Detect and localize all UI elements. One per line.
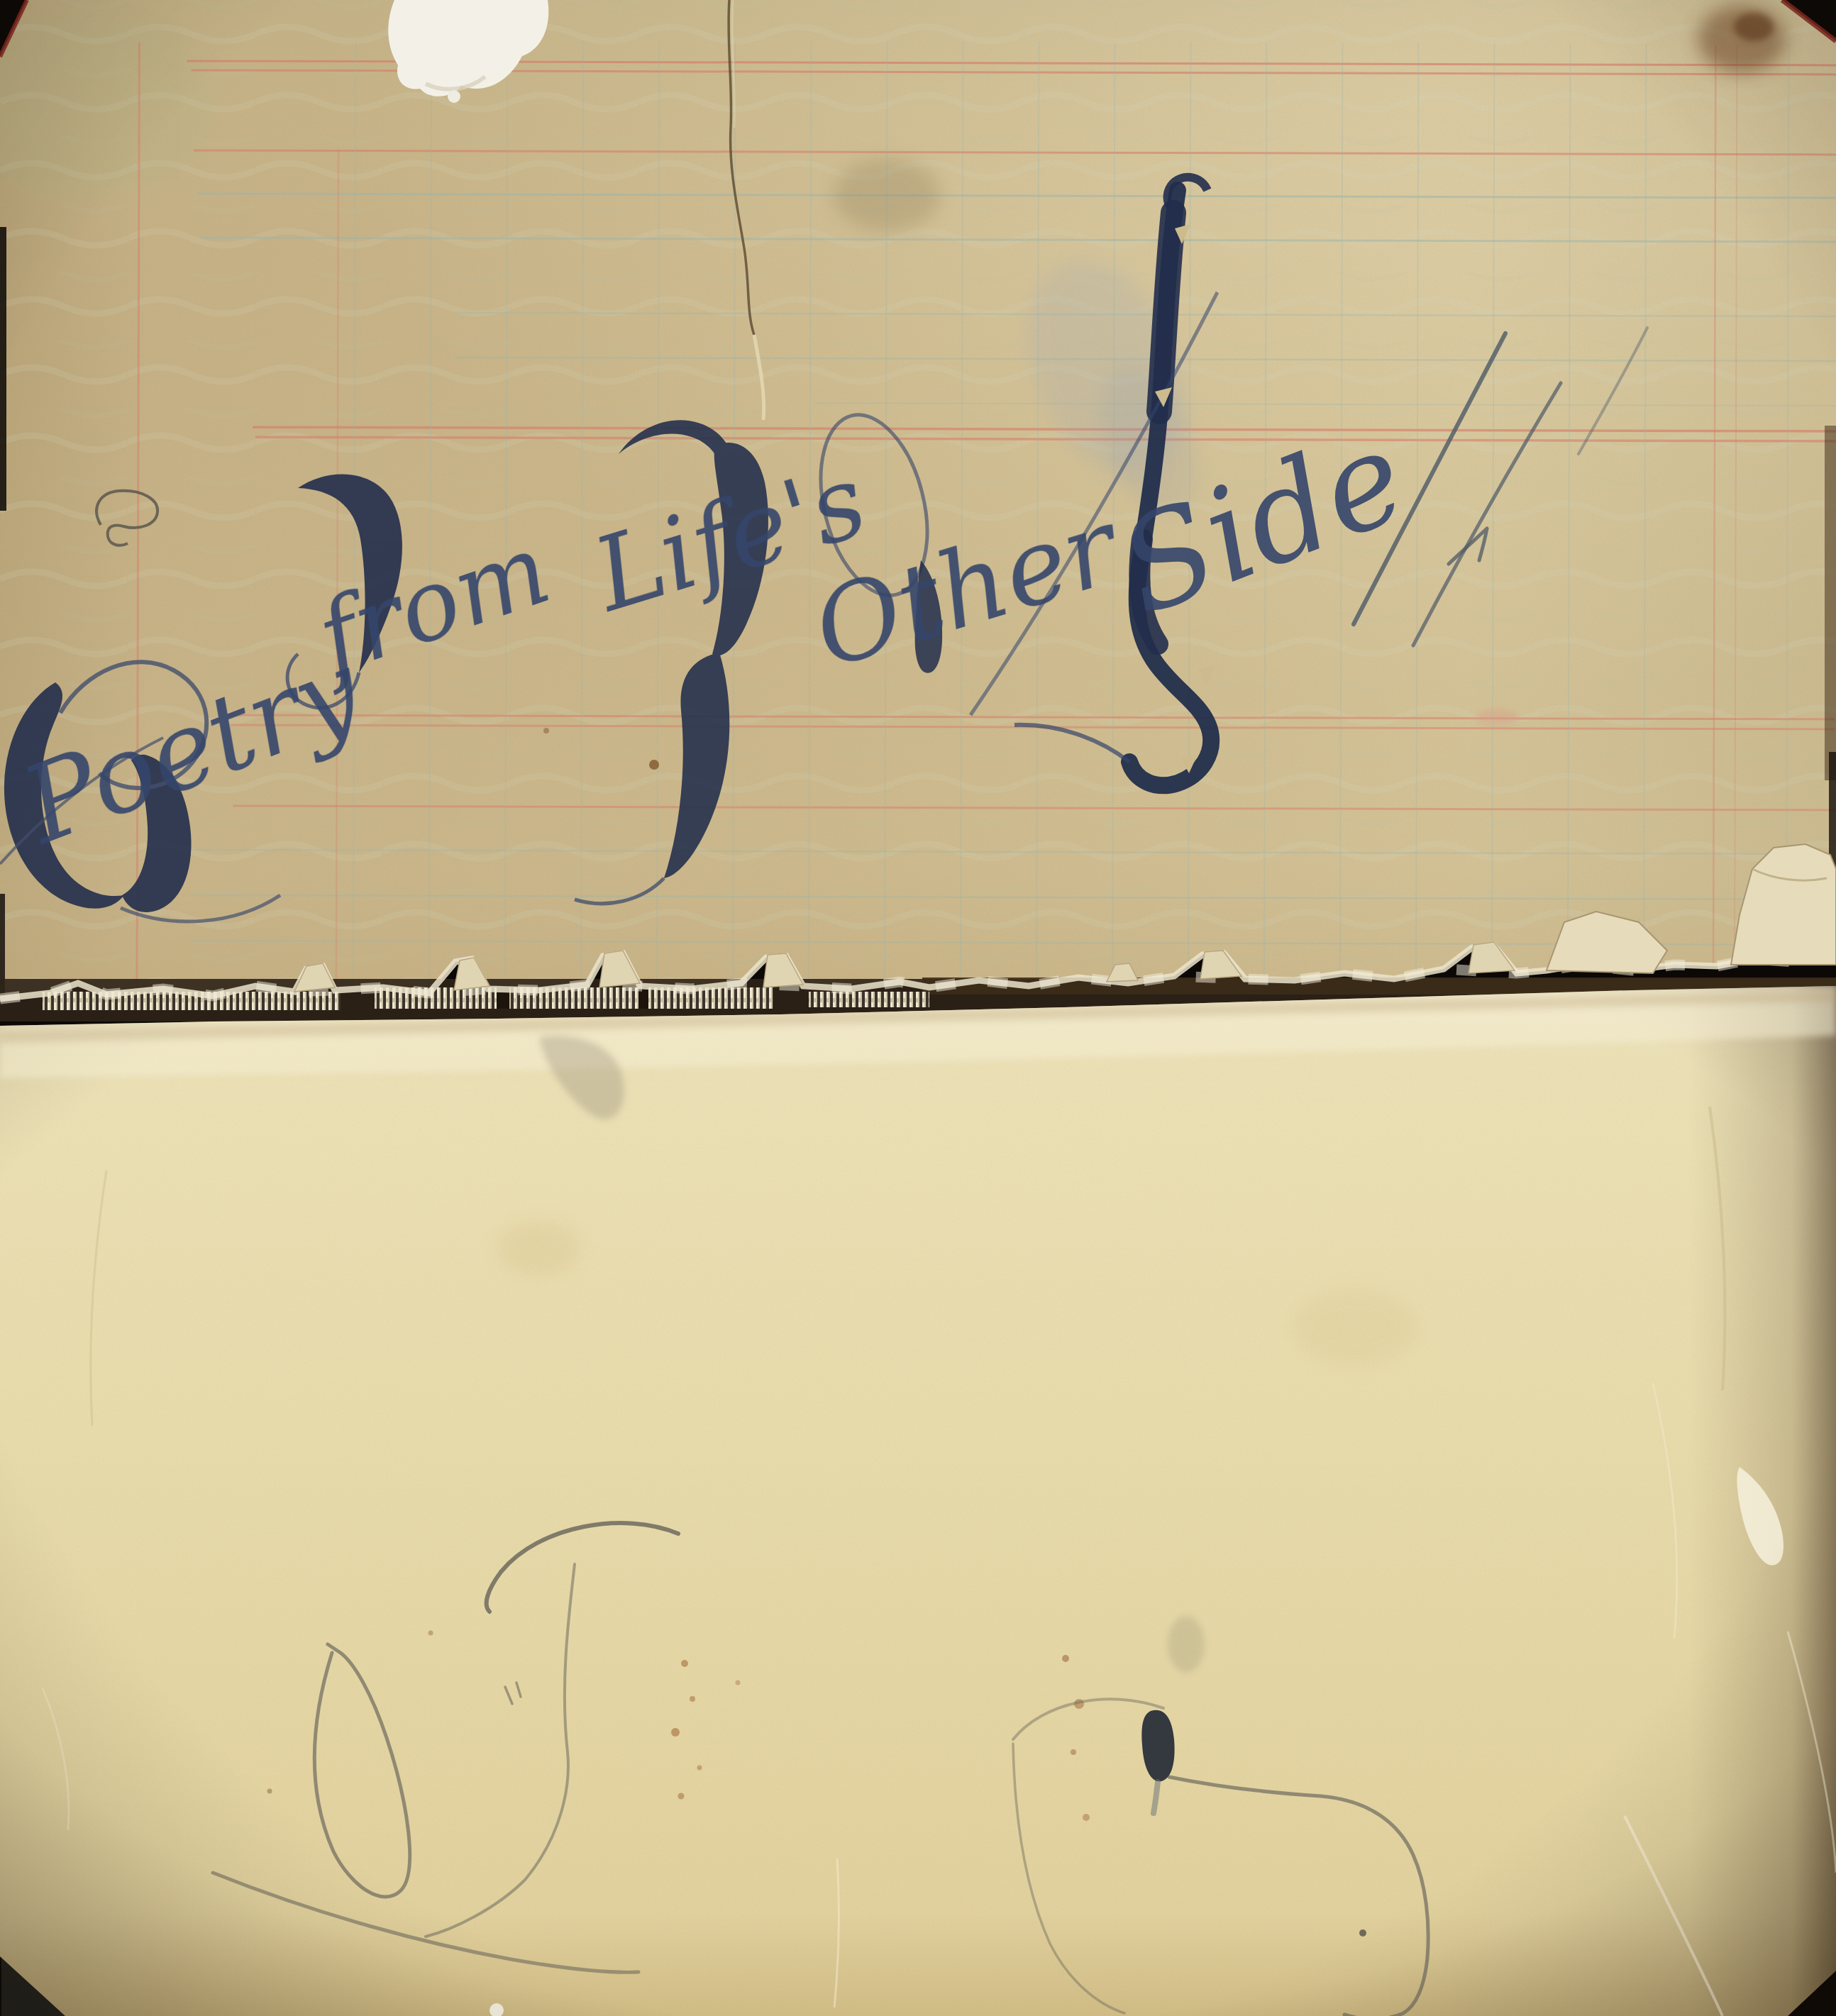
- photo-of-open-notebook: Poetry from Life's Other Side: [0, 0, 1836, 2016]
- photo-vignette: [0, 0, 1836, 2016]
- notebook-photo-canvas: Poetry from Life's Other Side: [0, 0, 1836, 2016]
